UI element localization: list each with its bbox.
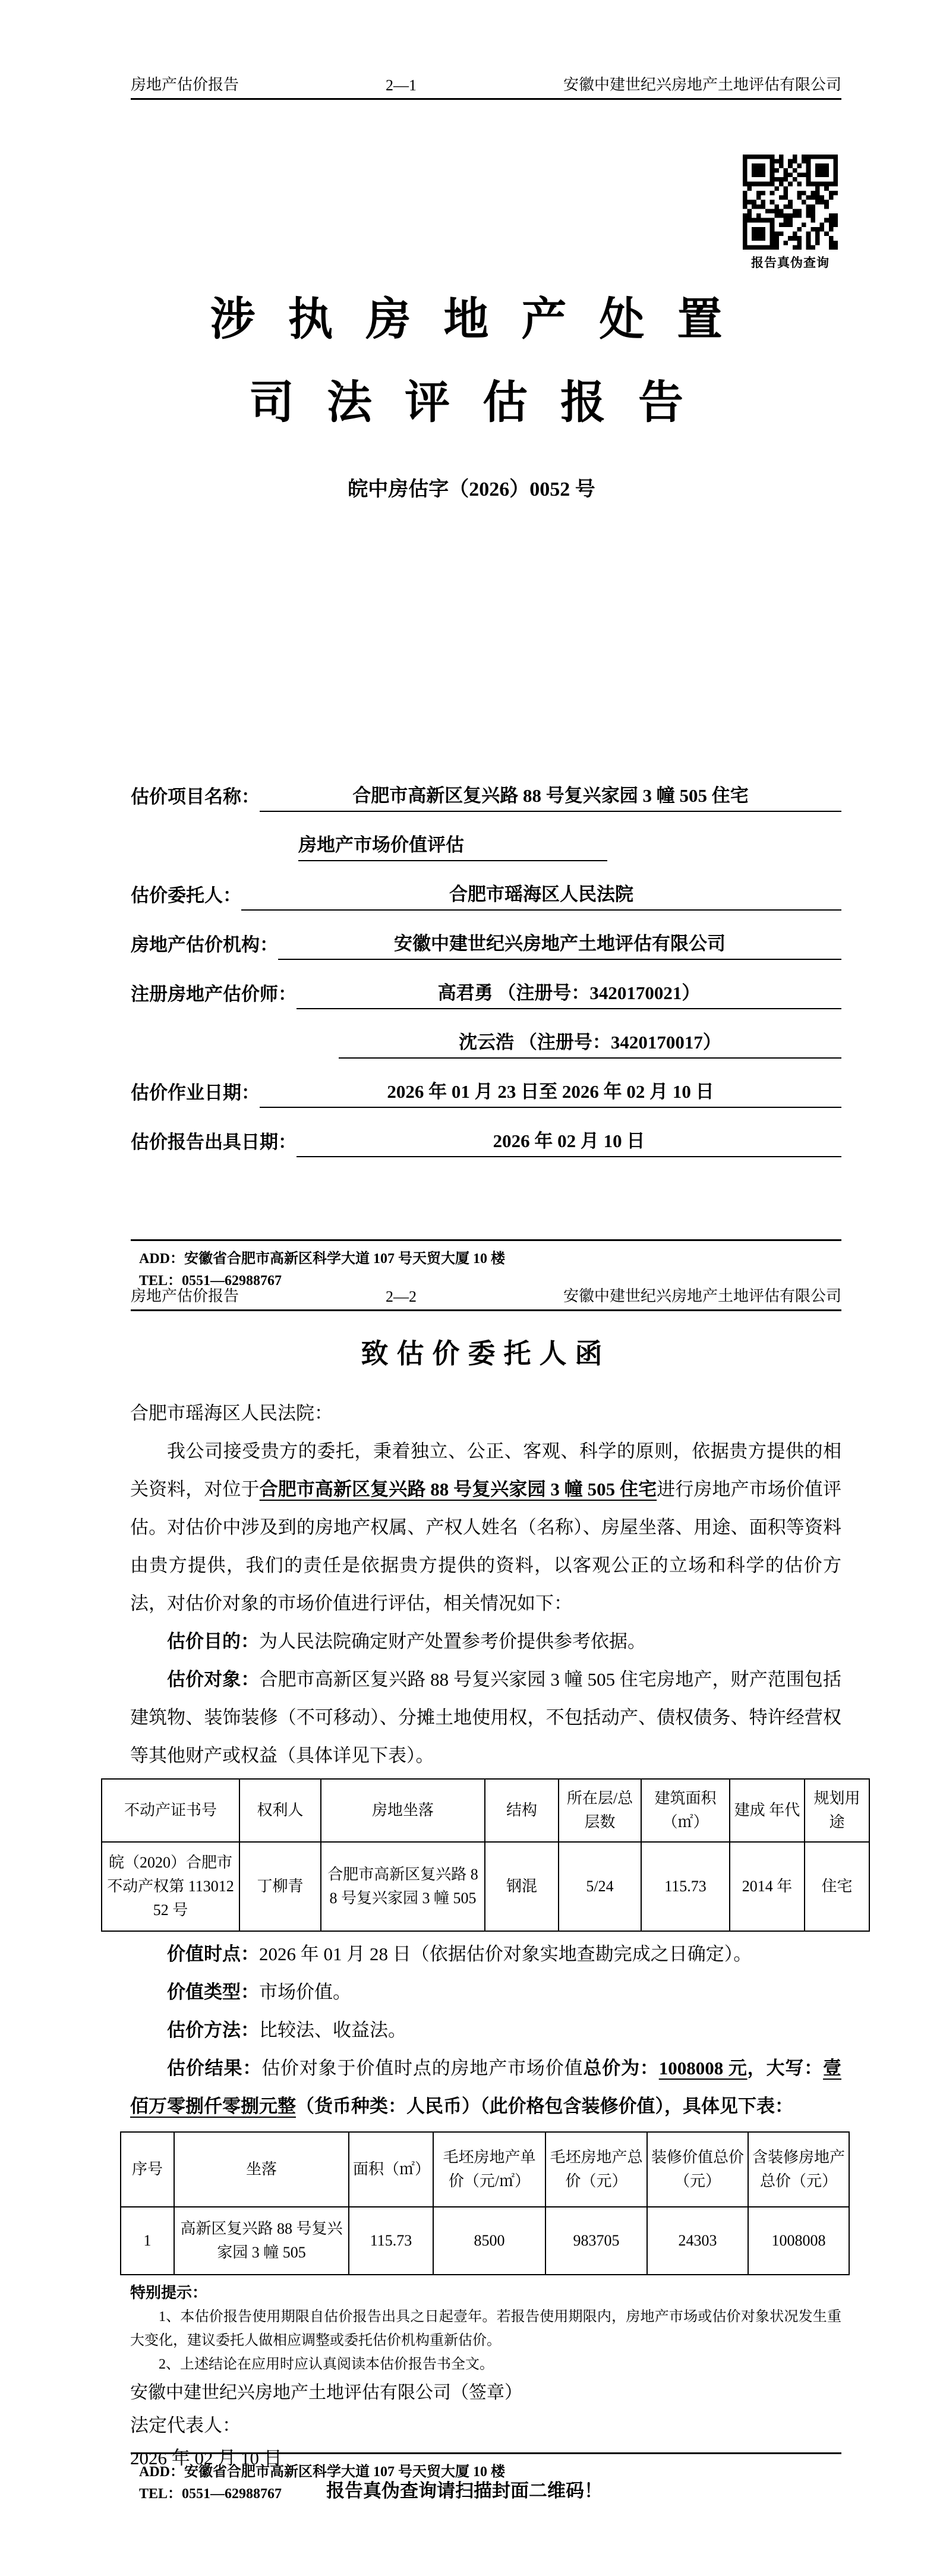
subject-address-emphasis: 合肥市高新区复兴路 88 号复兴家园 3 幢 505 住宅 bbox=[260, 1479, 657, 1500]
field-value: 合肥市高新区复兴路 88 号复兴家园 3 幢 505 住宅 bbox=[260, 780, 841, 812]
field-client: 估价委托人： 合肥市瑶海区人民法院 bbox=[131, 861, 841, 911]
field-label: 估价作业日期： bbox=[131, 1078, 260, 1108]
cell-unit-price: 8500 bbox=[433, 2207, 545, 2275]
running-header-doc-type: 房地产估价报告 bbox=[131, 1284, 239, 1306]
result-caps-label: ，大写： bbox=[748, 2058, 823, 2079]
timepoint-label: 价值时点： bbox=[167, 1944, 259, 1964]
timepoint-paragraph: 价值时点：2026 年 01 月 28 日（依据估价对象实地查勘完成之日确定）。 bbox=[130, 1935, 841, 1973]
result-label: 估价结果： bbox=[167, 2058, 261, 2079]
table-header-row: 不动产证书号 权利人 房地坐落 结构 所在层/总层数 建筑面积（㎡） 建成 年代… bbox=[102, 1779, 869, 1842]
field-issue-date: 估价报告出具日期： 2026 年 02 月 10 日 bbox=[131, 1108, 841, 1157]
field-value: 高君勇 （注册号：3420170021） bbox=[297, 978, 841, 1009]
table-row: 1 高新区复兴路 88 号复兴家园 3 幢 505 115.73 8500 98… bbox=[121, 2207, 849, 2275]
cell-decoration-value: 24303 bbox=[647, 2207, 748, 2275]
signature-legal-rep: 法定代表人： bbox=[130, 2409, 841, 2442]
cell-certificate-no: 皖（2020）合肥市不动产权第 11301252 号 bbox=[102, 1842, 239, 1931]
property-certificate-table: 不动产证书号 权利人 房地坐落 结构 所在层/总层数 建筑面积（㎡） 建成 年代… bbox=[101, 1778, 870, 1932]
cover-fields: 估价项目名称： 合肥市高新区复兴路 88 号复兴家园 3 幢 505 住宅 房地… bbox=[131, 763, 841, 1157]
cell-year: 2014 年 bbox=[730, 1842, 805, 1931]
footer-phone: TEL：0551—62988767 bbox=[131, 2483, 841, 2505]
page-number: 2—1 bbox=[386, 77, 417, 95]
table-row: 皖（2020）合肥市不动产权第 11301252 号 丁柳青 合肥市高新区复兴路… bbox=[102, 1842, 869, 1931]
header-cell: 房地坐落 bbox=[321, 1779, 485, 1842]
cell-structure: 钢混 bbox=[485, 1842, 559, 1931]
qr-caption: 报告真伪查询 bbox=[743, 253, 838, 271]
signature-company: 安徽中建世纪兴房地产土地评估有限公司（签章） bbox=[130, 2376, 841, 2409]
qr-verification-block: 报告真伪查询 bbox=[743, 155, 838, 271]
field-value: 2026 年 01 月 23 日至 2026 年 02 月 10 日 bbox=[260, 1076, 841, 1108]
cell-grand-total: 1008008 bbox=[748, 2207, 849, 2275]
cell-shell-total: 983705 bbox=[545, 2207, 647, 2275]
field-label: 房地产估价机构： bbox=[131, 930, 278, 960]
page1-running-header: 房地产估价报告 2—1 安徽中建世纪兴房地产土地评估有限公司 bbox=[131, 73, 841, 100]
header-cell: 毛坯房地产单价（元/㎡） bbox=[433, 2132, 545, 2207]
result-total-value: 1008008 元 bbox=[659, 2058, 748, 2079]
header-cell: 含装修房地产总价（元） bbox=[748, 2132, 849, 2207]
letter-body: 致估价委托人函 合肥市瑶海区人民法院： 我公司接受贵方的委托，秉着独立、公正、客… bbox=[130, 1330, 841, 2507]
qr-code-icon bbox=[743, 155, 838, 250]
cell-use: 住宅 bbox=[805, 1842, 869, 1931]
result-paragraph: 估价结果：估价对象于价值时点的房地产市场价值总价为：1008008 元，大写：壹… bbox=[130, 2049, 841, 2125]
purpose-label: 估价目的： bbox=[167, 1631, 259, 1652]
cell-owner: 丁柳青 bbox=[239, 1842, 321, 1931]
value-type-paragraph: 价值类型：市场价值。 bbox=[130, 1973, 841, 2011]
table-header-row: 序号 坐落 面积（㎡） 毛坯房地产单价（元/㎡） 毛坯房地产总价（元） 装修价值… bbox=[121, 2132, 849, 2207]
value-type-label: 价值类型： bbox=[167, 1982, 259, 2002]
cell-index: 1 bbox=[121, 2207, 174, 2275]
field-value: 沈云浩 （注册号：3420170017） bbox=[339, 1027, 841, 1059]
result-text: 估价对象于价值时点的房地产市场价值 bbox=[261, 2058, 583, 2079]
running-header-doc-type: 房地产估价报告 bbox=[131, 73, 239, 95]
field-project-name-line2: 房地产市场价值评估 bbox=[131, 812, 841, 861]
subject-label: 估价对象： bbox=[167, 1669, 259, 1690]
cover-title-line2: 司 法 评 估 报 告 bbox=[0, 361, 943, 445]
header-cell: 规划用途 bbox=[805, 1779, 869, 1842]
special-note-2: 2、上述结论在应用时应认真阅读本估价报告书全文。 bbox=[130, 2353, 841, 2376]
header-cell: 结构 bbox=[485, 1779, 559, 1842]
header-cell: 权利人 bbox=[239, 1779, 321, 1842]
field-value: 合肥市瑶海区人民法院 bbox=[241, 879, 841, 911]
page2-running-header: 房地产估价报告 2—2 安徽中建世纪兴房地产土地评估有限公司 bbox=[131, 1284, 841, 1311]
header-cell: 坐落 bbox=[174, 2132, 349, 2207]
field-label: 估价项目名称： bbox=[131, 782, 260, 812]
cell-area: 115.73 bbox=[349, 2207, 433, 2275]
footer-address: ADD：安徽省合肥市高新区科学大道 107 号天贸大厦 10 楼 bbox=[131, 2461, 841, 2483]
header-cell: 毛坯房地产总价（元） bbox=[545, 2132, 647, 2207]
header-cell: 面积（㎡） bbox=[349, 2132, 433, 2207]
running-header-company: 安徽中建世纪兴房地产土地评估有限公司 bbox=[563, 1284, 841, 1306]
method-paragraph: 估价方法：比较法、收益法。 bbox=[130, 2011, 841, 2049]
value-type-text: 市场价值。 bbox=[259, 1982, 351, 2002]
report-document: 房地产估价报告 2—1 安徽中建世纪兴房地产土地评估有限公司 报告真伪查询 涉 … bbox=[0, 0, 943, 2576]
header-cell: 建成 年代 bbox=[730, 1779, 805, 1842]
cover-title-line1: 涉 执 房 地 产 处 置 bbox=[0, 278, 943, 361]
subject-paragraph: 估价对象：合肥市高新区复兴路 88 号复兴家园 3 幢 505 住宅房地产，财产… bbox=[130, 1661, 841, 1775]
timepoint-text: 2026 年 01 月 28 日（依据估价对象实地查勘完成之日确定）。 bbox=[259, 1944, 752, 1964]
cell-location: 高新区复兴路 88 号复兴家园 3 幢 505 bbox=[174, 2207, 349, 2275]
special-notes-title: 特别提示： bbox=[130, 2281, 841, 2305]
field-label: 注册房地产估价师： bbox=[131, 979, 297, 1009]
field-value: 安徽中建世纪兴房地产土地评估有限公司 bbox=[278, 928, 841, 960]
cell-floor: 5/24 bbox=[559, 1842, 641, 1931]
valuation-result-table: 序号 坐落 面积（㎡） 毛坯房地产单价（元/㎡） 毛坯房地产总价（元） 装修价值… bbox=[120, 2131, 850, 2275]
field-project-name: 估价项目名称： 合肥市高新区复兴路 88 号复兴家园 3 幢 505 住宅 bbox=[131, 763, 841, 812]
field-label: 估价委托人： bbox=[131, 880, 241, 911]
header-cell: 所在层/总层数 bbox=[559, 1779, 641, 1842]
letter-title: 致估价委托人函 bbox=[130, 1330, 841, 1378]
result-tail: （货币种类：人民币）（此价格包含装修价值），具体见下表： bbox=[296, 2096, 793, 2117]
special-note-1: 1、本估价报告使用期限自估价报告出具之日起壹年。若报告使用期限内，房地产市场或估… bbox=[130, 2305, 841, 2353]
method-label: 估价方法： bbox=[167, 2020, 259, 2040]
header-cell: 不动产证书号 bbox=[102, 1779, 239, 1842]
method-text: 比较法、收益法。 bbox=[259, 2020, 406, 2040]
field-value: 2026 年 02 月 10 日 bbox=[297, 1126, 841, 1157]
field-appraiser-1: 注册房地产估价师： 高君勇 （注册号：3420170021） bbox=[131, 960, 841, 1009]
footer-address: ADD：安徽省合肥市高新区科学大道 107 号天贸大厦 10 楼 bbox=[131, 1248, 841, 1270]
field-label: 估价报告出具日期： bbox=[131, 1127, 297, 1157]
salutation: 合肥市瑶海区人民法院： bbox=[130, 1394, 841, 1432]
cell-location: 合肥市高新区复兴路 88 号复兴家园 3 幢 505 bbox=[321, 1842, 485, 1931]
cover-title: 涉 执 房 地 产 处 置 司 法 评 估 报 告 bbox=[0, 278, 943, 445]
header-cell: 建筑面积（㎡） bbox=[641, 1779, 730, 1842]
page-number: 2—2 bbox=[386, 1288, 417, 1306]
intro-paragraph: 我公司接受贵方的委托，秉着独立、公正、客观、科学的原则，依据贵方提供的相关资料，… bbox=[130, 1432, 841, 1623]
header-cell: 装修价值总价（元） bbox=[647, 2132, 748, 2207]
running-header-company: 安徽中建世纪兴房地产土地评估有限公司 bbox=[563, 73, 841, 95]
cell-area: 115.73 bbox=[641, 1842, 730, 1931]
header-cell: 序号 bbox=[121, 2132, 174, 2207]
purpose-text: 为人民法院确定财产处置参考价提供参考依据。 bbox=[259, 1631, 646, 1652]
result-total-label: 总价为： bbox=[583, 2058, 658, 2079]
page2-footer: ADD：安徽省合肥市高新区科学大道 107 号天贸大厦 10 楼 TEL：055… bbox=[131, 2452, 841, 2505]
field-appraiser-2: 沈云浩 （注册号：3420170017） bbox=[131, 1009, 841, 1059]
report-number: 皖中房估字（2026）0052 号 bbox=[0, 473, 943, 502]
field-work-dates: 估价作业日期： 2026 年 01 月 23 日至 2026 年 02 月 10… bbox=[131, 1059, 841, 1108]
field-agency: 房地产估价机构： 安徽中建世纪兴房地产土地评估有限公司 bbox=[131, 911, 841, 960]
field-value: 房地产市场价值评估 bbox=[298, 830, 607, 861]
purpose-paragraph: 估价目的：为人民法院确定财产处置参考价提供参考依据。 bbox=[130, 1623, 841, 1661]
